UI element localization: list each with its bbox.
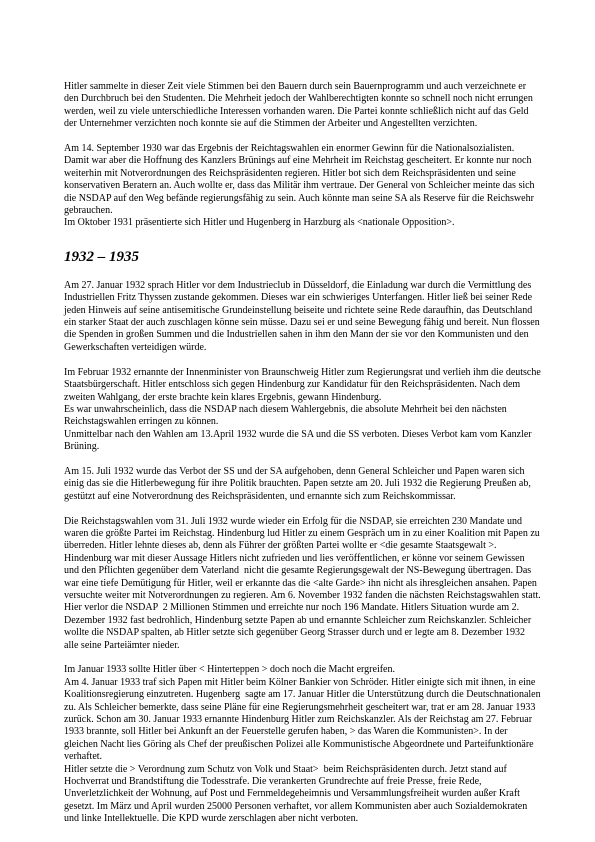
paragraph-juli-1932-verbot: Am 15. Juli 1932 wurde das Verbot der SS… <box>64 466 541 503</box>
paragraph-september-1930: Am 14. September 1930 war das Ergebnis d… <box>64 143 541 230</box>
section-heading-1932-1935: 1932 – 1935 <box>64 249 541 265</box>
paragraph-intro-voters: Hitler sammelte in dieser Zeit viele Sti… <box>64 81 541 131</box>
paragraph-januar-1933-machtergreifung: Im Januar 1933 sollte Hitler über < Hint… <box>64 664 541 825</box>
paragraph-industrieclub-1932: Am 27. Januar 1932 sprach Hitler vor dem… <box>64 280 541 354</box>
document-page: Hitler sammelte in dieser Zeit viele Sti… <box>0 0 595 842</box>
paragraph-reichstagswahlen-1932: Die Reichstagswahlen vom 31. Juli 1932 w… <box>64 516 541 652</box>
paragraph-februar-1932: Im Februar 1932 ernannte der Innenminist… <box>64 367 541 454</box>
page-content: Hitler sammelte in dieser Zeit viele Sti… <box>64 81 541 838</box>
